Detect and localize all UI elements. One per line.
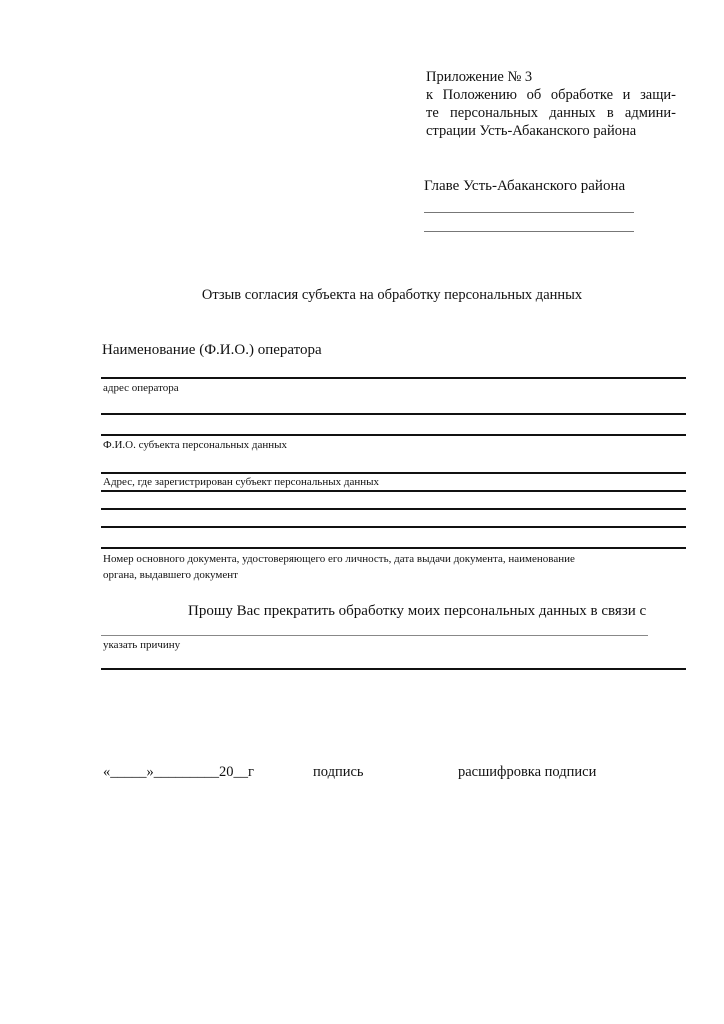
appendix-line: страции Усть-Абаканского района bbox=[426, 122, 676, 140]
document-field[interactable] bbox=[101, 547, 686, 549]
subject-address-field-2[interactable] bbox=[101, 508, 686, 510]
appendix-line: те персональных данных в админи- bbox=[426, 104, 676, 122]
addressee-blank-line[interactable] bbox=[424, 212, 634, 213]
operator-address-field[interactable] bbox=[101, 413, 686, 415]
operator-name-field[interactable] bbox=[101, 377, 686, 379]
addressee-blank-line[interactable] bbox=[424, 231, 634, 232]
subject-address-field[interactable] bbox=[101, 490, 686, 492]
operator-address-label: адрес оператора bbox=[103, 382, 179, 394]
document-label: Номер основного документа, удостоверяюще… bbox=[103, 553, 575, 565]
appendix-line: к Положению об обработке и защи- bbox=[426, 86, 676, 104]
date-field[interactable]: «_____»_________20__г bbox=[103, 764, 254, 781]
document-label-line2: органа, выдавшего документ bbox=[103, 569, 238, 581]
appendix-header: Приложение № 3 к Положению об обработке … bbox=[426, 68, 676, 140]
page-title: Отзыв согласия субъекта на обработку пер… bbox=[0, 287, 724, 304]
operator-address-field-2[interactable] bbox=[101, 434, 686, 436]
reason-label: указать причину bbox=[103, 639, 180, 651]
reason-field[interactable] bbox=[101, 635, 648, 636]
subject-name-field[interactable] bbox=[101, 472, 686, 474]
signature-decryption-label: расшифровка подписи bbox=[458, 764, 596, 781]
reason-field-2[interactable] bbox=[101, 668, 686, 670]
appendix-number: Приложение № 3 bbox=[426, 68, 676, 86]
request-text: Прошу Вас прекратить обработку моих перс… bbox=[188, 603, 646, 620]
subject-name-label: Ф.И.О. субъекта персональных данных bbox=[103, 439, 287, 451]
addressee: Главе Усть-Абаканского района bbox=[424, 178, 625, 195]
operator-name-label: Наименование (Ф.И.О.) оператора bbox=[102, 342, 322, 359]
subject-address-label: Адрес, где зарегистрирован субъект персо… bbox=[103, 476, 379, 488]
subject-address-field-3[interactable] bbox=[101, 526, 686, 528]
signature-label: подпись bbox=[313, 764, 364, 781]
